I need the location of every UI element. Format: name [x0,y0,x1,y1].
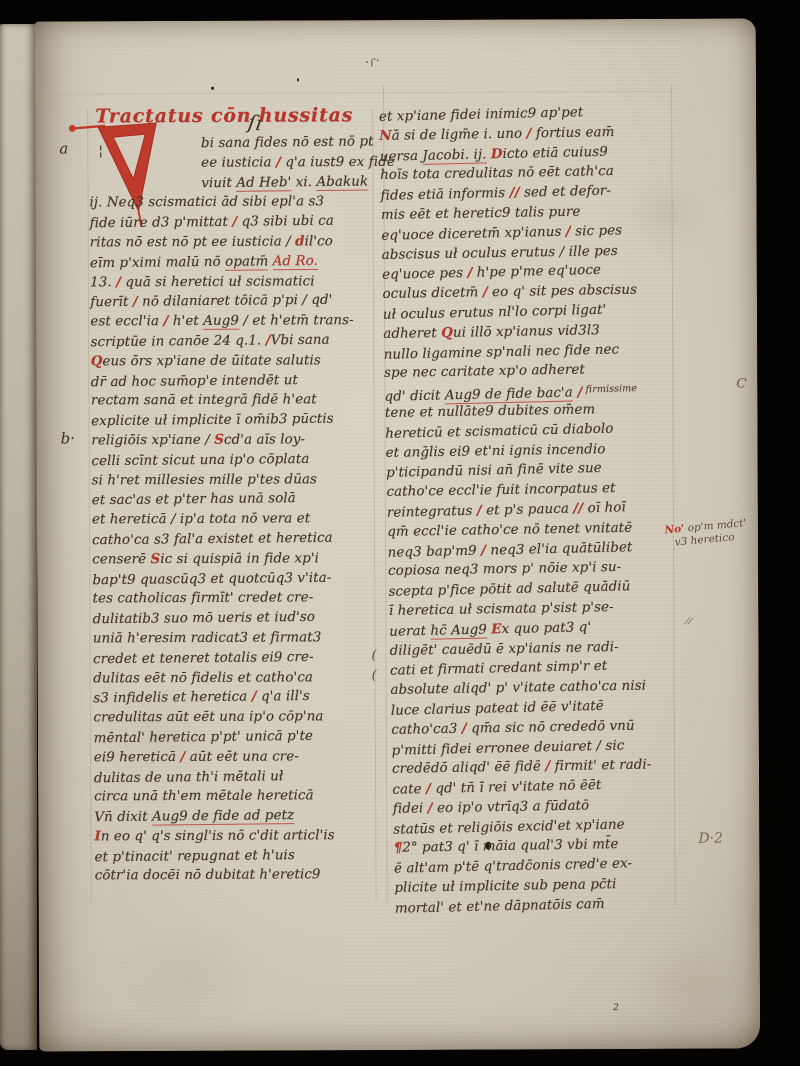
text-segment: ā si de ligm̄e i. uno [392,126,527,143]
manuscript-line: 13. / quā si heretici uł scismatici [90,272,378,293]
manuscript-line: celli scīnt sicut una ip'o cōplata [91,449,379,472]
manuscript-line: religiōis xp'iane / Scd'a aīs loy- [91,430,379,451]
manuscript-line: mēntal' heretica p'pt' unicā p'te [94,726,382,749]
text-segment: qd' tn̄ ī rei v'itate nō ēēt [431,778,602,797]
manuscript-line: dulitas de una th'i mētali uł [94,766,382,789]
text-segment: si h'ret millesies mille p'tes dūas [92,472,317,488]
manuscript-line: cōtr'ia docēi nō dubitat h'eretic9 [95,865,383,886]
left-column: bi sana fides nō est nō ptee iusticia / … [89,133,383,888]
manuscript-line: ee iusticia / q'a iust9 ex fide [201,153,377,174]
text-segment: scriptūe in canōe 24 q.1. [90,333,265,350]
manuscript-line: si h'ret millesies mille p'tes dūas [92,470,380,491]
rubric-segment: Q [441,325,453,341]
text-segment: plicite uł implicite sub pena pc̄ti [394,877,616,896]
text-segment: et hereticā / ip'a tota nō vera et [92,511,310,527]
text-segment: circa unā th'em mētale hereticā [94,789,314,805]
right-column: et xp'iane fidei inimic9 ap'petNā si de … [379,102,690,919]
text-segment: catho'ce eccl'ie fuit incorpatus et [386,481,615,500]
manuscript-line: dulitas eēt nō fidelis et catho'ca [93,668,381,689]
manuscript-line: s3 infidelis et heretica / q'a ill's [93,687,381,710]
text-segment: dulitas de una th'i mētali uł [94,769,284,786]
text-segment: hoīs tota credulitas nō eēt cath'ca [380,164,614,183]
text-segment: x quo pat3 q' [501,620,591,637]
manuscript-line: tes catholicas firmīt' credet cre- [93,588,381,609]
manuscript-line: est eccl'ia / h'et Aug9 / et h'etm̄ tran… [90,311,378,332]
text-segment: eus ōrs xp'iane de ūitate salutis [102,353,320,369]
text-segment: dr̄ ad hoc sum̄op'e intendēt ut [91,373,298,390]
text-segment: uniā h'eresim radicat3 et firmat3 [93,630,321,646]
text-segment: sic pes [571,223,623,239]
rubric-segment: S [150,551,160,567]
text-segment: p'mitti fidei erronee deuiaret / sic [392,738,625,758]
text-segment: et anḡlis ei9 et'ni ignis incendio [386,442,606,461]
manuscript-line: In eo q' q's singl'is nō c'dit articl'is [94,826,382,847]
manuscript-line: et hereticā / ip'a tota nō vera et [92,509,380,530]
text-segment: 2° pat3 q' ī māia qual'3 vbi mt̄e [402,838,618,857]
manuscript-line: bi sana fides nō est nō pt [201,132,377,154]
manuscript-line: Qeus ōrs xp'iane de ūitate salutis [91,351,379,372]
text-segment: h'et [168,314,203,329]
text-segment: oculus dicetm̄ [382,285,482,302]
text-segment: Vn̄ dixit [94,810,152,826]
text-segment: religiōis xp'iane / [91,433,214,449]
text-segment: absolute aliqd' p' v'itate catho'ca nisi [390,679,646,698]
manuscript-line: explicite uł implicite ī om̄ib3 pūctis [91,409,379,432]
text-segment: mortal' et et'ne dāpnatōis cam̄ [395,897,605,917]
margin-letter-a: a [59,139,68,157]
text-segment: tene et nullāte9 dubites om̄em [385,402,596,421]
text-segment: firmit' et radi- [550,758,651,775]
text-segment: dulitas eēt nō fidelis et catho'ca [93,670,313,686]
manuscript-line: eīm p'ximi malū nō opatm̄ Ad Ro. [90,251,378,274]
text-segment: qm̄ eccl'ie catho'ce nō tenet vnitatē [387,520,632,539]
manuscript-line: catho'ca s3 fal'a existet et heretica [92,528,380,551]
text-segment: qm̄a sic nō crededō vnū [467,718,635,736]
rubric-segment: hc̄ Aug9 [430,622,487,639]
text-segment: spe nec caritate xp'o adheret [384,363,585,381]
right-margin-bracket: C [735,376,747,392]
manuscript-line: ei9 hereticā / aūt eēt una cre- [94,747,382,768]
text-segment: luce clarius pateat id ēē v'itatē [391,699,604,719]
text-segment: neq3 el'ia quātūlibet [486,540,633,558]
text-segment: et p's pauca [482,501,574,518]
text-segment: adheret [383,326,441,342]
margin-note: No' op'm mdct' v3 heretico [664,513,796,551]
text-segment: explicite uł implicite ī om̄ib3 pūctis [91,412,334,430]
rubric-segment: d [295,233,305,249]
facing-page-edge [0,24,37,1050]
text-segment: xi. [291,175,316,190]
text-segment: uersa [380,148,423,164]
text-segment: dulitatib3 suo mō ueris et iud'so [93,610,315,627]
text-segment: mēntal' heretica p'pt' unicā p'te [94,729,314,746]
rubric-segment: S [214,432,224,448]
text-segment: censerē [92,552,150,567]
text-segment: rectam sanā et integrā fidē h'eat [91,393,317,409]
text-segment: fortius eam̄ [531,125,614,141]
ink-speck [211,87,214,90]
text-segment: p'ticipandū nisi an̄ finē vite sue [386,461,602,481]
manuscript-line: viuit Ad Heb' xi. Abakuk [201,172,377,194]
text-segment: credēdō aliqd' ēē fidē [392,760,545,778]
text-segment: mis eēt et heretic9 talis pure [381,205,581,223]
text-segment: fides etiā informis [380,186,509,204]
text-segment: tes catholicas firmīt' credet cre- [93,591,314,607]
text-segment: et p'tinacit' repugnat et h'uis [95,848,295,865]
manuscript-line: fide iūre d3 p'mittat / q3 sibi ubi ca [90,211,378,234]
margin-letter-b: b· [61,429,75,447]
rubric-segment: // [509,185,519,201]
text-segment: catho'ca s3 fal'a existet et heretica [92,531,333,549]
text-segment: neq3 bap'm9 [388,543,482,560]
text-segment: eq'uoce pes [382,266,468,283]
manuscript-line: circa unā th'em mētale hereticā [94,786,382,807]
manuscript-line: fuerīt / nō dilaniaret tōicā p'pi / qd' [90,291,378,314]
rubric-segment: opatm̄ [225,254,268,270]
text-segment: q'a iust9 ex fide [281,155,395,171]
text-segment: copiosa neq3 mors p' nōie xp'i su- [388,560,621,579]
text-segment: cati et firmati credant simp'r et [390,659,608,679]
parchment-stain [109,921,269,1032]
text-segment: ee iusticia [201,155,276,170]
manuscript-line: scriptūe in canōe 24 q.1. /Vbi sana [90,330,378,353]
text-segment: eo q' sit pes abscisus [488,283,638,301]
text-segment: bi sana fides nō est nō pt [201,134,374,151]
text-segment: est eccl'ia [90,314,163,329]
manuscript-line: credulitas aūt eēt una ip'o cōp'na [93,707,381,728]
text-segment: s3 infidelis et heretica [93,690,251,707]
text-segment: icto etiā cuius9 [502,144,608,161]
text-segment: catho'ca3 [391,721,462,737]
text-segment: cd'a aīs loy- [224,432,305,447]
text-segment: ī heretica uł scismata p'sist p'se- [389,600,614,619]
manuscript-line: dr̄ ad hoc sum̄op'e intendēt ut [91,370,379,393]
text-segment: q3 sibi ubi ca [237,214,334,230]
text-segment: fuerīt [90,295,133,310]
text-segment: q'a ill's [257,689,310,705]
rubric-segment: Ad Ro. [273,254,318,270]
text-segment: firmissime [585,383,637,395]
rubric-segment: Aug9 de fide ad petz [152,808,294,825]
manuscript-line: uniā h'eresim radicat3 et firmat3 [93,628,381,649]
text-segment: eq'uoce diceretm̄ xp'ianus [381,224,566,243]
manuscript-page: Tractatus cōn hussitas ſı ¦ a b· ·ɾ· C D… [35,18,760,1051]
rubric-segment: / [573,384,583,400]
text-segment: eo ip'o vtrīq3 a fūdatō [433,798,590,816]
text-segment: uerat [389,624,431,640]
manuscript-line: et sac'as et p'ter has unā solā [92,489,380,512]
rubric-segment: Ad Heb' [236,175,291,192]
manuscript-line: censerē Sic si quispiā in fide xp'i [92,549,380,570]
text-segment: fidei [393,801,428,817]
rubric-segment: Aug9 [203,314,239,330]
text-segment: scepta p'fice pōtit ad salutē quādiū [388,579,630,599]
text-segment: nō dilaniaret tōicā p'pi / qd' [138,293,333,310]
manuscript-line: rectam sanā et integrā fidē h'eat [91,390,379,411]
text-segment: ui illō xp'ianus vid3l3 [453,323,600,340]
text-segment: nullo ligamine sp'nali nec fide nec [384,342,620,362]
manuscript-line: bap't9 quascūq3 et quotcūq3 v'ita- [92,568,380,591]
manuscript-line: ij. Neq3 scismatici ād sibi epl'a s3 [89,192,377,213]
text-segment: ij. Neq3 scismatici ād sibi epl'a s3 [89,195,324,211]
rubric-segment: D [491,146,503,162]
parchment-stain [629,939,739,1029]
manuscript-line: dulitatib3 suo mō ueris et iud'so [93,607,381,630]
text-segment: 13. [90,275,116,290]
text-segment: il'co [305,234,333,249]
bottom-page-mark: 2 [613,1003,619,1013]
ruling-line-horizontal [53,91,673,95]
text-segment: ē alt'am p'tē q'tradc̄onis cred'e ex- [394,857,632,877]
text-segment: bap't9 quascūq3 et quotcūq3 v'ita- [92,570,331,588]
text-segment: hereticū et scismaticū cū diabolo [385,421,614,441]
text-segment: ic si quispiā in fide xp'i [160,551,319,567]
text-segment: ei9 hereticā [94,750,181,765]
text-segment: ritas nō est nō pt ee iusticia / [90,234,295,250]
ink-speck [297,78,299,81]
text-segment: sed et defor- [519,184,611,201]
text-segment: quā si heretici uł scismatici [121,274,315,290]
text-segment: statūs et religiōis excid'et xp'iane [393,817,625,837]
text-segment: h'pe p'me eq'uoce [472,263,601,281]
text-segment: eīm p'ximi malū nō [90,255,225,271]
rubric-segment: N [379,128,392,144]
text-segment: Vbi sana [271,333,330,349]
rubric-segment: Abakuk [316,174,368,191]
quire-signature: D·2 [698,831,723,847]
pen-trial-mark: ſı [246,110,263,136]
text-segment: viuit [201,175,236,190]
text-segment: n eo q' q's singl'is nō c'dit articl'is [101,828,335,844]
text-segment: credulitas aūt eēt una ip'o cōp'na [93,709,323,725]
text-segment: aūt eēt una cre- [185,749,299,765]
rubric-segment: ¶ [394,840,403,856]
text-segment: fide iūre d3 p'mittat [90,215,233,231]
rubric-segment: Jacobi. ij. [422,147,486,164]
text-segment: cate [392,782,426,798]
text-segment: abscisus uł oculus erutus / ille pes [382,244,618,263]
text-segment: diligēt' cauēdū ē xp'ianis ne radi- [390,640,619,659]
top-folio-mark: ·ɾ· [364,53,382,71]
text-segment: oī hoī [583,500,626,516]
text-segment: credet et teneret totalis ei9 cre- [93,650,314,667]
manuscript-line: Vn̄ dixit Aug9 de fide ad petz [94,805,382,828]
text-segment: et sac'as et p'ter has unā solā [92,491,296,508]
manuscript-photo: Tractatus cōn hussitas ſı ¦ a b· ·ɾ· C D… [0,0,800,1066]
right-margin-slashes: // [684,616,692,627]
text-segment: cōtr'ia docēi nō dubitat h'eretic9 [95,868,321,884]
manuscript-line: ritas nō est nō pt ee iusticia / dil'co [90,232,378,253]
rubric-segment: Q [91,353,103,369]
text-segment: / et h'etm̄ trans- [239,313,354,329]
text-segment: et xp'iane fidei inimic9 ap'pet [379,105,584,125]
text-segment: uł oculus erutus nl'lo corpi ligat' [383,303,607,323]
text-segment: reintegratus [387,504,477,521]
text-segment: celli scīnt sicut una ip'o cōplata [91,452,309,469]
manuscript-line: credet et teneret totalis ei9 cre- [93,647,381,670]
